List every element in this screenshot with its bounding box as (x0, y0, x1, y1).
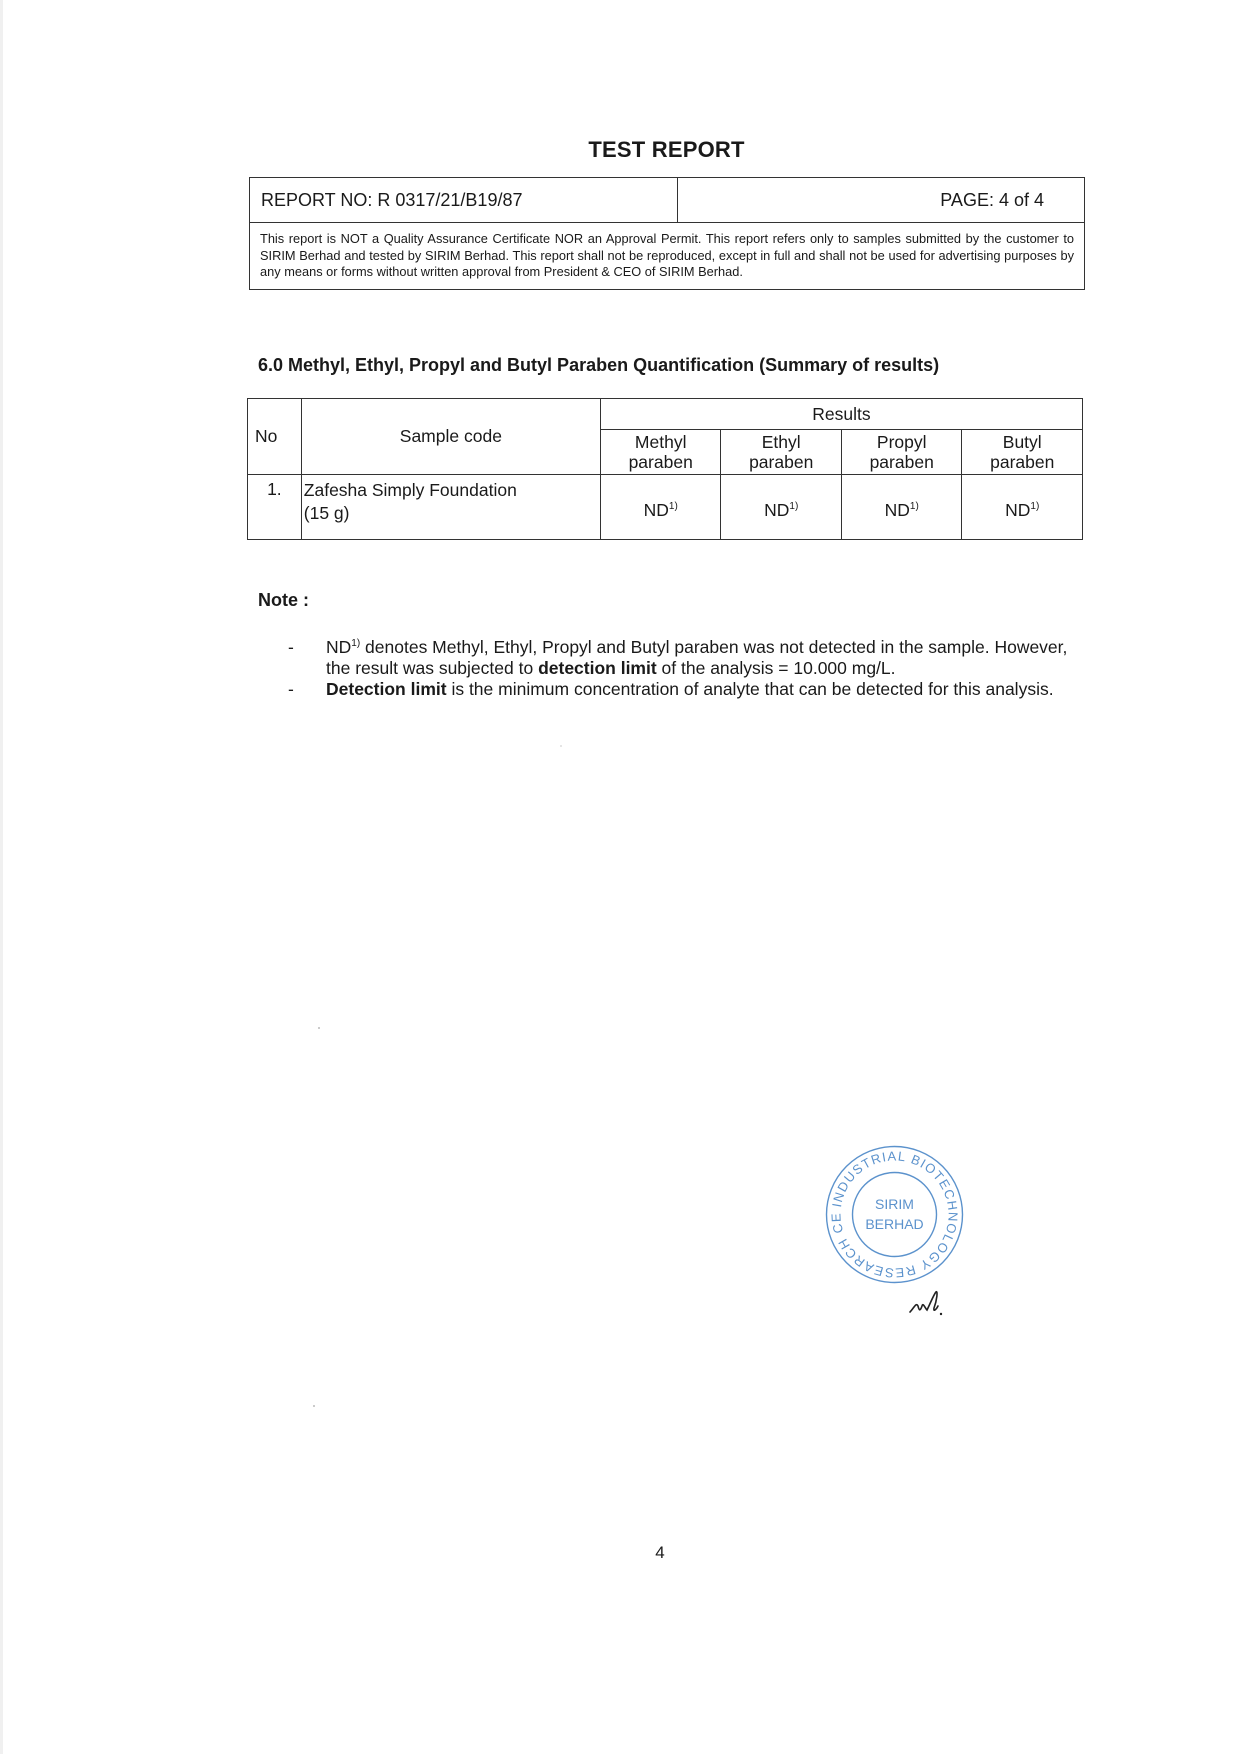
disclaimer-text: This report is NOT a Quality Assurance C… (250, 223, 1084, 289)
results-table: No Sample code Results Methylparaben Eth… (247, 398, 1083, 540)
header-methyl-paraben: Methylparaben (600, 430, 721, 475)
footnote-marker: 1) (351, 638, 360, 649)
signature-icon (908, 1288, 948, 1318)
bullet-dash: - (288, 679, 294, 700)
page-indicator: PAGE: 4 of 4 (678, 178, 1084, 222)
result-propyl-paraben: ND1) (841, 475, 962, 540)
note-text: of the analysis = 10.000 mg/L. (657, 658, 896, 678)
header-no: No (248, 399, 302, 475)
section-title: 6.0 Methyl, Ethyl, Propyl and Butyl Para… (258, 355, 939, 376)
header-line: Methyl (635, 432, 687, 452)
header-results: Results (600, 399, 1082, 430)
sample-name: Zafesha Simply Foundation (304, 480, 517, 500)
report-number: REPORT NO: R 0317/21/B19/87 (250, 178, 678, 222)
report-title: TEST REPORT (0, 137, 1241, 163)
header-line: paraben (870, 452, 934, 472)
note-item-detection-limit: - Detection limit is the minimum concent… (288, 679, 1088, 700)
result-value: ND (764, 500, 789, 520)
page-number: 4 (0, 1543, 1241, 1563)
note-bold-term: detection limit (538, 658, 657, 678)
header-sample-code: Sample code (301, 399, 600, 475)
bullet-dash: - (288, 637, 294, 658)
result-value: ND (1005, 500, 1030, 520)
result-ethyl-paraben: ND1) (721, 475, 842, 540)
result-value: ND (644, 500, 669, 520)
nd-term: ND (326, 637, 351, 657)
stamp-inner-line2: BERHAD (865, 1216, 923, 1232)
header-line: Butyl (1003, 432, 1042, 452)
header-propyl-paraben: Propylparaben (841, 430, 962, 475)
table-header-row: No Sample code Results (248, 399, 1083, 430)
header-line: Propyl (877, 432, 927, 452)
footnote-marker: 1) (910, 501, 919, 512)
report-header-box: REPORT NO: R 0317/21/B19/87 PAGE: 4 of 4… (249, 177, 1085, 290)
scan-speck (318, 1027, 320, 1029)
scan-speck (560, 745, 562, 747)
sirim-stamp-icon: INDUSTRIAL BIOTECHNOLOGY RESEARCH CENTRE… (823, 1143, 966, 1286)
header-butyl-paraben: Butylparaben (962, 430, 1083, 475)
table-row: 1. Zafesha Simply Foundation(15 g) ND1) … (248, 475, 1083, 540)
footnote-marker: 1) (669, 501, 678, 512)
note-bold-term: Detection limit (326, 679, 447, 699)
page-edge (0, 0, 3, 1754)
result-value: ND (885, 500, 910, 520)
note-label: Note : (258, 590, 309, 611)
footnote-marker: 1) (1030, 501, 1039, 512)
report-header-row: REPORT NO: R 0317/21/B19/87 PAGE: 4 of 4 (250, 178, 1084, 223)
header-ethyl-paraben: Ethylparaben (721, 430, 842, 475)
result-butyl-paraben: ND1) (962, 475, 1083, 540)
sample-code-cell: Zafesha Simply Foundation(15 g) (301, 475, 600, 540)
row-number: 1. (248, 475, 302, 540)
note-item-nd: - ND1) denotes Methyl, Ethyl, Propyl and… (288, 637, 1088, 679)
note-text: is the minimum concentration of analyte … (447, 679, 1054, 699)
footnote-marker: 1) (789, 501, 798, 512)
scan-speck (313, 1405, 315, 1407)
result-methyl-paraben: ND1) (600, 475, 721, 540)
header-line: Ethyl (762, 432, 801, 452)
header-line: paraben (990, 452, 1054, 472)
stamp-inner-line1: SIRIM (875, 1196, 914, 1212)
header-line: paraben (749, 452, 813, 472)
sample-size: (15 g) (304, 503, 350, 523)
header-line: paraben (629, 452, 693, 472)
notes-list: - ND1) denotes Methyl, Ethyl, Propyl and… (288, 637, 1088, 700)
